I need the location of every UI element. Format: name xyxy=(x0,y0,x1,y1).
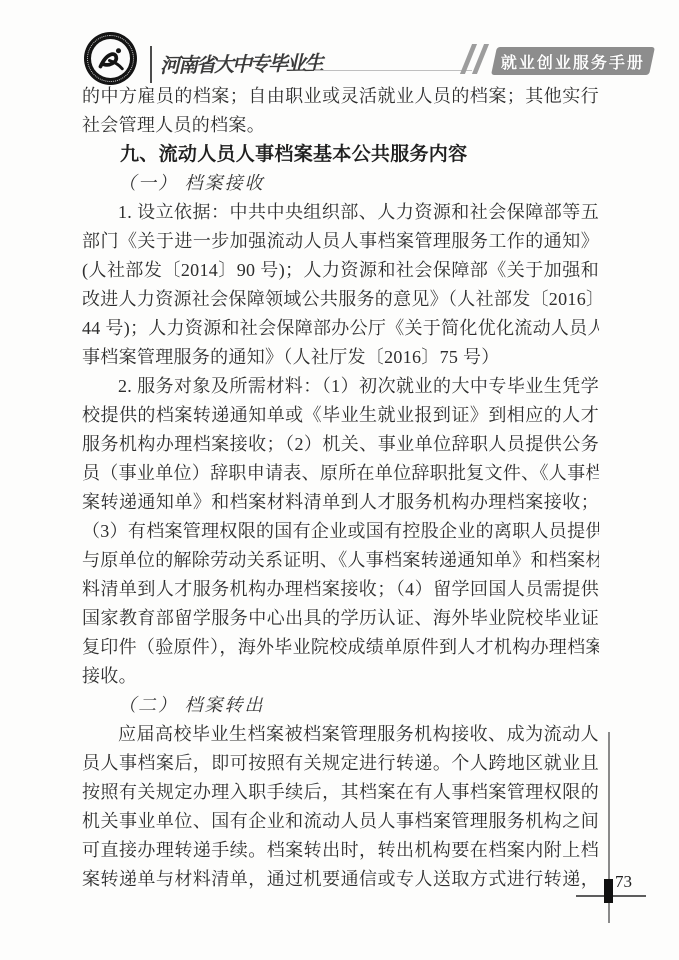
text-line: （3）有档案管理权限的国有企业或国有控股企业的离职人员提供 xyxy=(82,517,599,546)
text-line: 机关事业单位、国有企业和流动人员人事档案管理服务机构之间 xyxy=(82,807,599,836)
slashes-decoration xyxy=(462,44,494,74)
text-line: 可直接办理转递手续。档案转出时，转出机构要在档案内附上档 xyxy=(82,836,599,865)
text-line: 料清单到人才服务机构办理档案接收；（4）留学回国人员需提供 xyxy=(82,575,599,604)
text-line: 九、流动人员人事档案基本公共服务内容 xyxy=(82,140,599,169)
text-line: 事档案管理服务的通知》（人社厅发〔2016〕75 号） xyxy=(82,343,599,372)
text-line: 与原单位的解除劳动关系证明、《人事档案转递通知单》和档案材 xyxy=(82,546,599,575)
text-line: 服务机构办理档案接收；（2）机关、事业单位辞职人员提供公务 xyxy=(82,430,599,459)
text-line: 1. 设立依据：中共中央组织部、人力资源和社会保障部等五 xyxy=(82,198,599,227)
handbook-banner-label: 就业创业服务手册 xyxy=(501,50,645,73)
logo-inner-circle xyxy=(91,39,130,78)
text-line: 社会管理人员的档案。 xyxy=(82,111,599,140)
text-line: 部门《关于进一步加强流动人员人事档案管理服务工作的通知》 xyxy=(82,227,599,256)
folio-marker xyxy=(604,879,613,903)
text-line: 2. 服务对象及所需材料：（1）初次就业的大中专毕业生凭学 xyxy=(82,372,599,401)
text-line: 接收。 xyxy=(82,662,599,691)
text-line: 的中方雇员的档案；自由职业或灵活就业人员的档案；其他实行 xyxy=(82,82,599,111)
text-line: 应届高校毕业生档案被档案管理服务机构接收、成为流动人 xyxy=(82,720,599,749)
text-line: 员人事档案后，即可按照有关规定进行转递。个人跨地区就业且 xyxy=(82,749,599,778)
masthead-title: 河南省大中专毕业生 xyxy=(160,45,331,86)
text-line: 员（事业单位）辞职申请表、原所在单位辞职批复文件、《人事档 xyxy=(82,459,599,488)
text-line: (人社部发〔2014〕90 号)；人力资源和社会保障部《关于加强和 xyxy=(82,256,599,285)
text-line: 44 号)；人力资源和社会保障部办公厅《关于简化优化流动人员人 xyxy=(82,314,599,343)
logo-glyph xyxy=(96,44,126,74)
header-rule xyxy=(314,70,472,71)
document-page: 河南省大中专毕业生 就业创业服务手册 的中方雇员的档案；自由职业或灵活就业人员的… xyxy=(0,0,679,960)
text-line: 案转递通知单》和档案材料清单到人才服务机构办理档案接收； xyxy=(82,488,599,517)
text-line: 改进人力资源社会保障领域公共服务的意见》（人社部发〔2016〕 xyxy=(82,285,599,314)
text-line: 国家教育部留学服务中心出具的学历认证、海外毕业院校毕业证 xyxy=(82,604,599,633)
page-number: 73 xyxy=(615,872,632,892)
text-line: （二） 档案转出 xyxy=(82,691,599,720)
text-line: （一） 档案接收 xyxy=(82,169,599,198)
text-line: 复印件（验原件），海外毕业院校成绩单原件到人才机构办理档案 xyxy=(82,633,599,662)
text-line: 校提供的档案转递通知单或《毕业生就业报到证》到相应的人才 xyxy=(82,401,599,430)
content-lines: 的中方雇员的档案；自由职业或灵活就业人员的档案；其他实行社会管理人员的档案。九、… xyxy=(82,82,599,894)
header-divider xyxy=(150,46,152,83)
text-line: 按照有关规定办理入职手续后，其档案在有人事档案管理权限的 xyxy=(82,778,599,807)
handbook-banner: 就业创业服务手册 xyxy=(491,47,655,75)
emblem-logo xyxy=(84,32,137,85)
text-line: 案转递单与材料清单，通过机要通信或专人送取方式进行转递， xyxy=(82,865,599,894)
